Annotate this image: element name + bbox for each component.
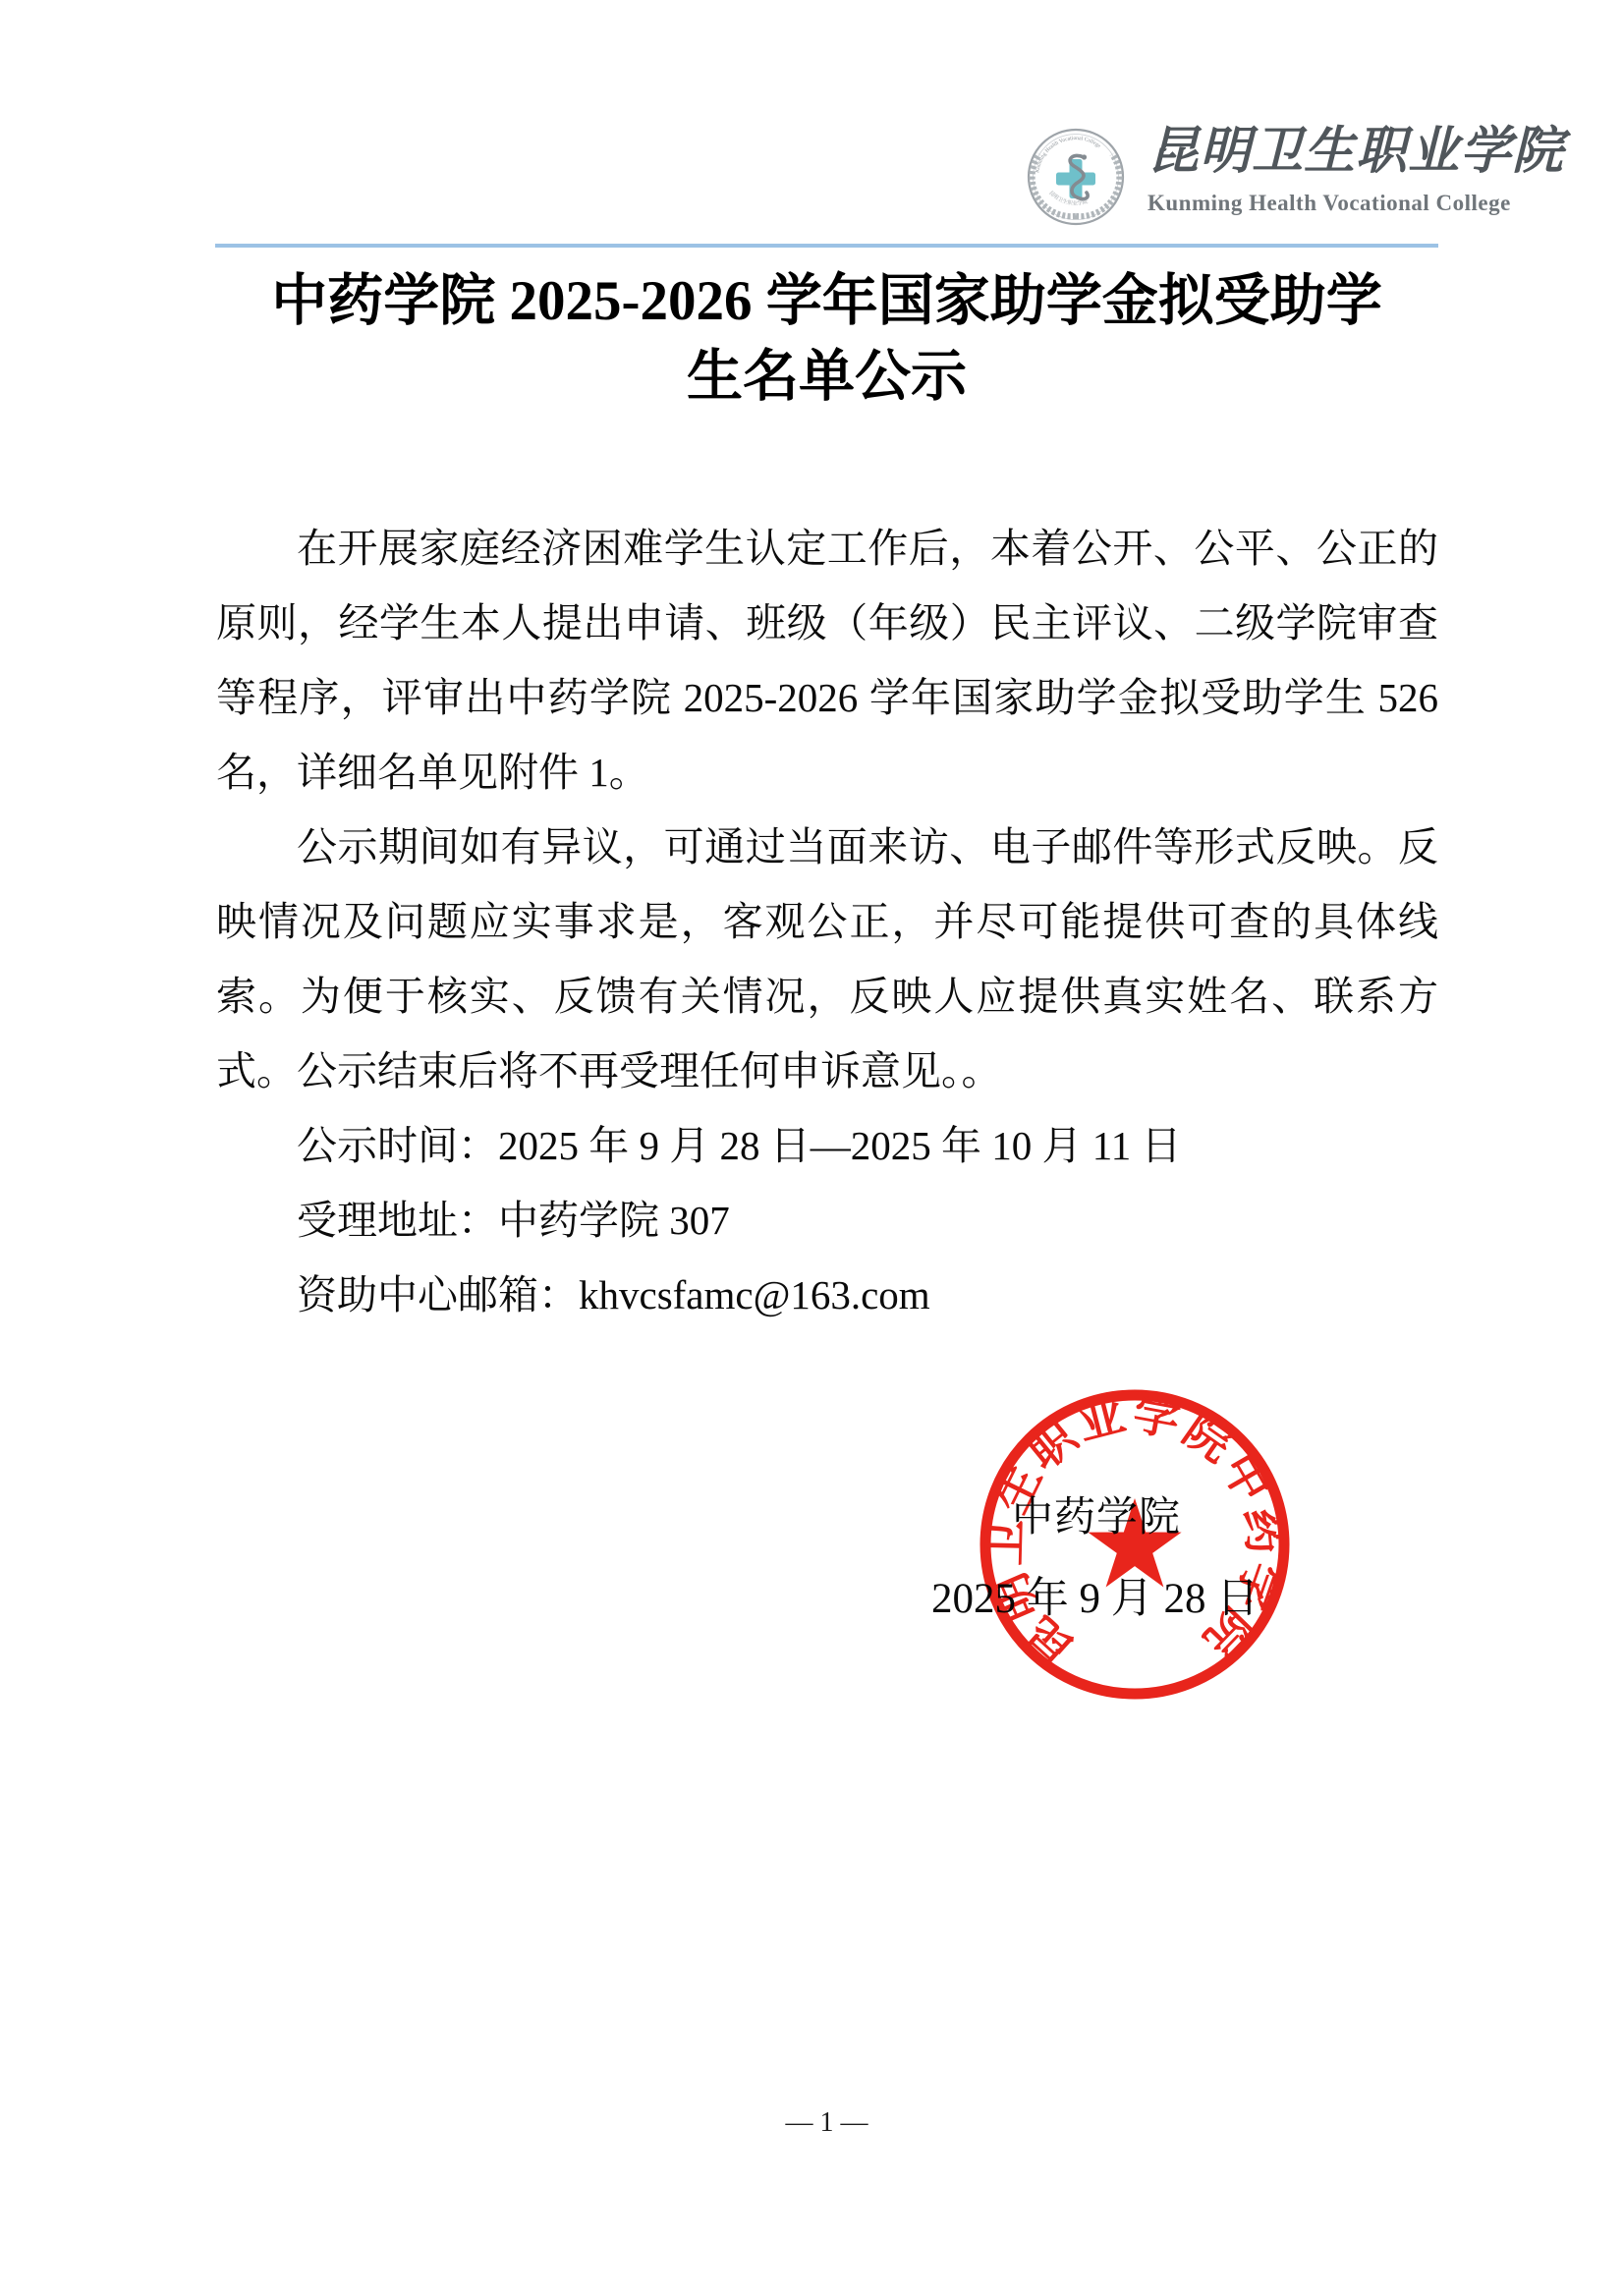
- document-body: 在开展家庭经济困难学生认定工作后，本着公开、公平、公正的原则，经学生本人提出申请…: [216, 511, 1438, 1332]
- info-line-acceptance-address: 受理地址：中药学院 307: [216, 1183, 1438, 1258]
- document-page: Kunming Health Vocational College 昆明卫生职业…: [0, 0, 1623, 2296]
- paragraph-2: 公示期间如有异议，可通过当面来访、电子邮件等形式反映。反映情况及问题应实事求是，…: [216, 810, 1438, 1108]
- signature-department: 中药学院: [1012, 1495, 1181, 1540]
- info-line-funding-center-email: 资助中心邮箱：khvcsfamc@163.com: [216, 1258, 1438, 1332]
- page-title-line-1: 中药学院 2025-2026 学年国家助学金拟受助学: [215, 263, 1438, 339]
- college-name-en: Kunming Health Vocational College: [1147, 189, 1533, 218]
- college-name-zh: 昆明卫生职业学院: [1147, 116, 1533, 189]
- college-emblem-icon: Kunming Health Vocational College 昆明卫生职业…: [1027, 128, 1125, 226]
- header-divider: [215, 244, 1438, 248]
- paragraph-1: 在开展家庭经济困难学生认定工作后，本着公开、公平、公正的原则，经学生本人提出申请…: [216, 511, 1438, 810]
- signature-date: 2025 年 9 月 28 日: [931, 1576, 1259, 1623]
- official-seal-stamp: 昆明卫生职业学院中药学院: [968, 1377, 1302, 1711]
- page-title: 中药学院 2025-2026 学年国家助学金拟受助学 生名单公示: [215, 263, 1438, 415]
- info-line-publicity-period: 公示时间：2025 年 9 月 28 日—2025 年 10 月 11 日: [216, 1108, 1438, 1183]
- college-logo: Kunming Health Vocational College 昆明卫生职业…: [1022, 116, 1533, 234]
- page-title-line-2: 生名单公示: [215, 339, 1438, 415]
- page-number: — 1 —: [215, 2106, 1438, 2140]
